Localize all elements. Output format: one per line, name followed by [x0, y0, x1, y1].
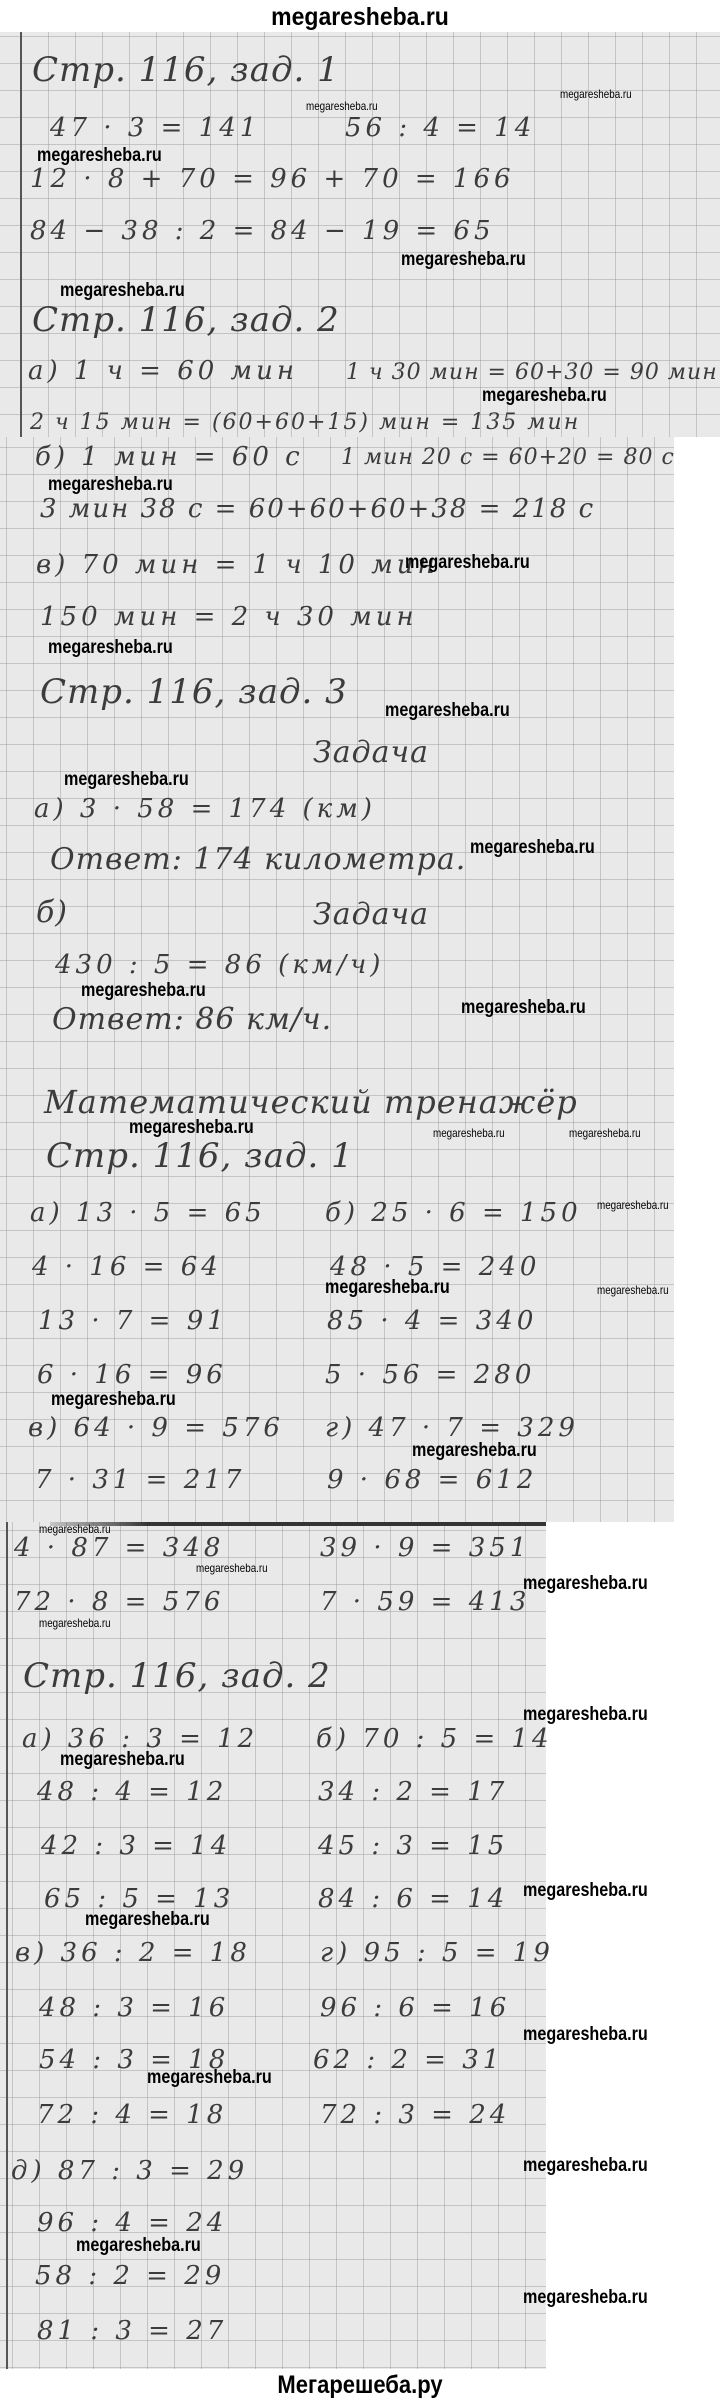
- equation: 62 : 2 = 31: [313, 2045, 503, 2075]
- equation: 81 : 3 = 27: [37, 2316, 227, 2346]
- equation: 2 ч 15 мин = (60+60+15) мин = 135 мин: [30, 410, 580, 435]
- watermark: megaresheba.ru: [470, 839, 595, 857]
- watermark: megaresheba.ru: [433, 1127, 505, 1139]
- task-title: Стр. 116, зад. 2: [32, 300, 340, 340]
- equation: 72 : 4 = 18: [37, 2100, 227, 2130]
- watermark: megaresheba.ru: [405, 554, 530, 572]
- equation: 4 · 87 = 348: [14, 1533, 224, 1563]
- equation: 72 : 3 = 24: [320, 2100, 510, 2130]
- equation: 1 мин 20 с = 60+20 = 80 с: [341, 445, 675, 470]
- equation: а) 1 ч = 60 мин: [28, 356, 298, 386]
- problem-heading: Задача: [313, 735, 429, 770]
- equation: 42 : 3 = 14: [41, 1831, 231, 1861]
- watermark: megaresheba.ru: [147, 2069, 272, 2087]
- watermark: megaresheba.ru: [560, 88, 632, 100]
- site-footer-watermark: Мегарешеба.ру: [43, 2371, 677, 2399]
- problem-heading: Задача: [313, 897, 429, 932]
- watermark: megaresheba.ru: [597, 1199, 669, 1211]
- equation: 150 мин = 2 ч 30 мин: [40, 602, 418, 632]
- watermark: megaresheba.ru: [51, 1391, 176, 1409]
- section-heading: Математический тренажёр: [44, 1083, 578, 1121]
- equation: г) 47 · 7 = 329: [325, 1413, 579, 1443]
- watermark: megaresheba.ru: [523, 1882, 648, 1900]
- equation: 96 : 4 = 24: [37, 2208, 227, 2238]
- watermark: megaresheba.ru: [129, 1119, 254, 1137]
- equation: 48 : 4 = 12: [37, 1777, 227, 1807]
- margin-line: [20, 32, 22, 437]
- site-header-watermark: megaresheba.ru: [29, 3, 691, 31]
- equation: 12 · 8 + 70 = 96 + 70 = 166: [30, 164, 515, 194]
- equation: 5 · 56 = 280: [325, 1360, 535, 1390]
- equation: 7 · 59 = 413: [320, 1587, 530, 1617]
- watermark: megaresheba.ru: [412, 1442, 537, 1460]
- equation: а) 13 · 5 = 65: [30, 1198, 266, 1228]
- equation: б) 1 мин = 60 с: [35, 442, 304, 472]
- equation: 6 · 16 = 96: [37, 1360, 227, 1390]
- watermark: megaresheba.ru: [37, 147, 162, 165]
- watermark: megaresheba.ru: [48, 476, 173, 494]
- watermark: megaresheba.ru: [60, 282, 185, 300]
- task-title: Стр. 116, зад. 3: [40, 672, 348, 712]
- watermark: megaresheba.ru: [523, 2026, 648, 2044]
- equation: 85 · 4 = 340: [327, 1306, 537, 1336]
- equation: 13 · 7 = 91: [38, 1306, 228, 1336]
- answer: Ответ: 174 километра.: [50, 842, 466, 877]
- watermark: megaresheba.ru: [523, 1706, 648, 1724]
- equation: 4 · 16 = 64: [32, 1252, 222, 1282]
- equation: б) 70 : 5 = 14: [316, 1724, 553, 1754]
- margin-line: [6, 1522, 8, 2369]
- watermark: megaresheba.ru: [325, 1279, 450, 1297]
- watermark: megaresheba.ru: [39, 1617, 111, 1629]
- equation: 47 · 3 = 141: [50, 113, 260, 143]
- watermark: megaresheba.ru: [482, 387, 607, 405]
- equation: 34 : 2 = 17: [318, 1777, 508, 1807]
- equation: 72 · 8 = 576: [14, 1587, 224, 1617]
- equation: 1 ч 30 мин = 60+30 = 90 мин: [346, 360, 718, 385]
- watermark: megaresheba.ru: [60, 1751, 185, 1769]
- equation: 84 : 6 = 14: [318, 1884, 508, 1914]
- equation: в) 70 мин = 1 ч 10 мин: [36, 550, 439, 580]
- watermark: megaresheba.ru: [64, 771, 189, 789]
- equation: 58 : 2 = 29: [35, 2261, 225, 2291]
- watermark: megaresheba.ru: [85, 1911, 210, 1929]
- watermark: megaresheba.ru: [401, 251, 526, 269]
- watermark: megaresheba.ru: [461, 999, 586, 1017]
- equation: 96 : 6 = 16: [320, 1993, 510, 2023]
- equation: 7 · 31 = 217: [35, 1465, 245, 1495]
- equation: 45 : 3 = 15: [318, 1831, 508, 1861]
- equation: б) 25 · 6 = 150: [325, 1198, 582, 1228]
- equation: г) 95 : 5 = 19: [320, 1938, 554, 1968]
- watermark: megaresheba.ru: [569, 1127, 641, 1139]
- watermark: megaresheba.ru: [597, 1284, 669, 1296]
- equation: 3 мин 38 с = 60+60+60+38 = 218 с: [40, 494, 595, 524]
- watermark: megaresheba.ru: [523, 2289, 648, 2307]
- watermark: megaresheba.ru: [196, 1562, 268, 1574]
- equation: в) 36 : 2 = 18: [15, 1938, 251, 1968]
- equation: 39 · 9 = 351: [320, 1533, 530, 1563]
- watermark: megaresheba.ru: [306, 100, 378, 112]
- watermark: megaresheba.ru: [385, 702, 510, 720]
- equation: д) 87 : 3 = 29: [11, 2156, 248, 2186]
- equation: 9 · 68 = 612: [327, 1465, 537, 1495]
- item-label: б): [36, 895, 68, 930]
- answer: Ответ: 86 км/ч.: [52, 1002, 332, 1037]
- equation: 56 : 4 = 14: [345, 113, 535, 143]
- watermark: megaresheba.ru: [48, 639, 173, 657]
- watermark: megaresheba.ru: [523, 1575, 648, 1593]
- watermark: megaresheba.ru: [81, 982, 206, 1000]
- watermark: megaresheba.ru: [76, 2237, 201, 2255]
- page-edge-shadow: [50, 1522, 546, 1526]
- task-title: Стр. 116, зад. 1: [32, 50, 340, 90]
- watermark: megaresheba.ru: [523, 2157, 648, 2175]
- solution: 430 : 5 = 86 (км/ч): [55, 950, 384, 980]
- task-title: Стр. 116, зад. 1: [46, 1136, 354, 1176]
- equation: 84 − 38 : 2 = 84 − 19 = 65: [30, 216, 495, 246]
- equation: 48 : 3 = 16: [39, 1993, 229, 2023]
- equation: в) 64 · 9 = 576: [28, 1413, 284, 1443]
- solution: а) 3 · 58 = 174 (км): [34, 794, 376, 824]
- task-title: Стр. 116, зад. 2: [23, 1656, 331, 1696]
